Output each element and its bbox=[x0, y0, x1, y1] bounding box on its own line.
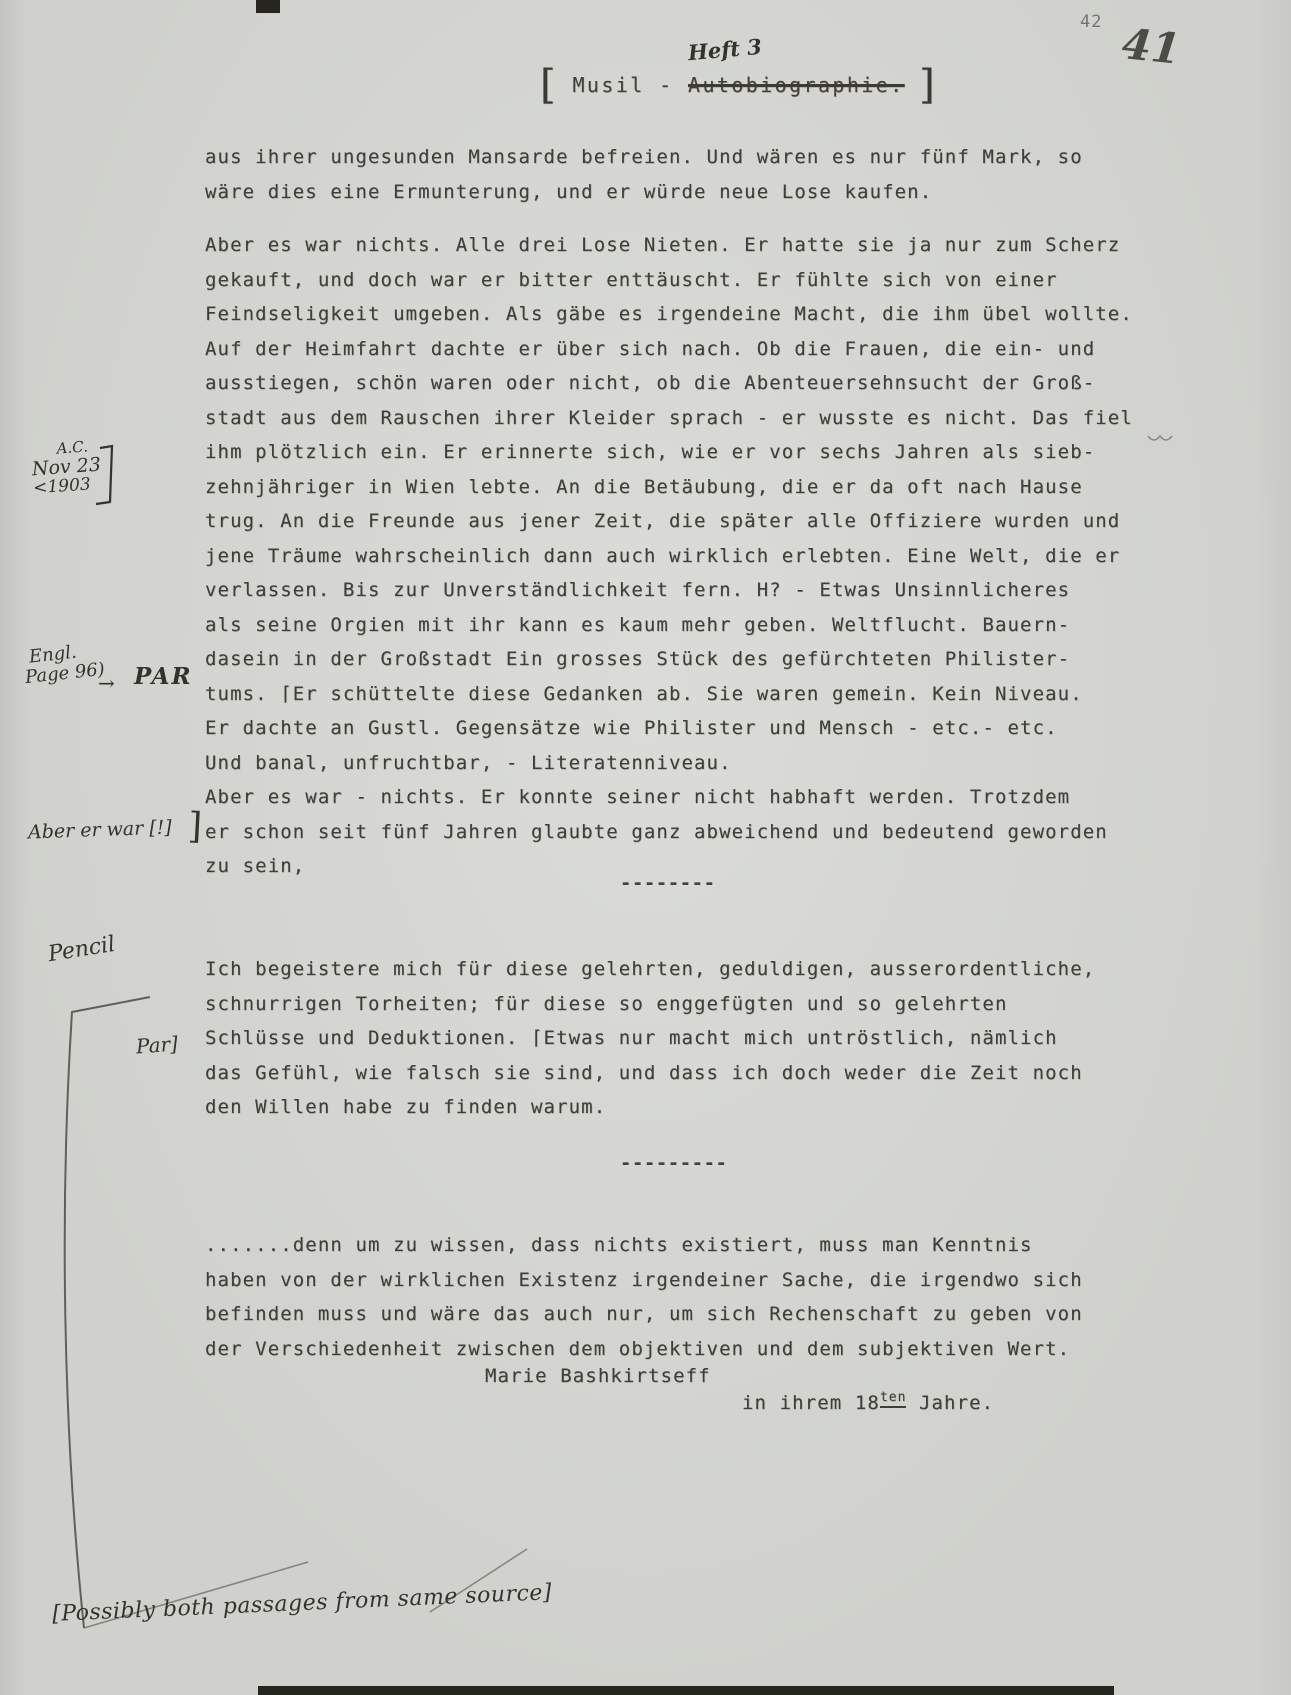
margin-pencil-note: Pencil bbox=[47, 933, 117, 967]
paragraph-1: aus ihrer ungesunden Mansarde befreien. … bbox=[205, 140, 1185, 209]
title-close-bracket: ] bbox=[919, 62, 937, 108]
attribution-age-line: in ihrem 18ten Jahre. bbox=[742, 1390, 994, 1414]
bottom-source-note: [Possibly both passages from same source… bbox=[52, 1581, 553, 1627]
scanned-manuscript-page: 42 41 Heft 3 [ Musil - Autobiographie. ]… bbox=[0, 0, 1291, 1695]
margin-aber-bracket: ] bbox=[187, 806, 203, 848]
attribution-prefix: in ihrem 18 bbox=[742, 1392, 880, 1414]
attribution-superscript: ten bbox=[880, 1390, 906, 1408]
margin-aber-note: Aber er war [!] bbox=[28, 817, 172, 843]
margin-page-ref: Engl. Page 96) bbox=[22, 640, 106, 688]
section-separator-1: -------- bbox=[620, 872, 716, 894]
title-text: Musil - bbox=[572, 73, 688, 97]
heft-insertion: Heft 3 bbox=[687, 35, 763, 64]
paragraph-2: Aber es war nichts. Alle drei Lose Niete… bbox=[205, 228, 1185, 884]
page-number-handwritten: 41 bbox=[1120, 21, 1183, 73]
title-struck-word: Autobiographie. bbox=[688, 73, 905, 97]
margin-date-note: A.C. Nov 23 <1903 bbox=[30, 438, 103, 499]
attribution-suffix: Jahre. bbox=[906, 1392, 994, 1414]
scan-edge-mark-top bbox=[256, 0, 280, 13]
scan-edge-mark-bottom bbox=[258, 1686, 1114, 1695]
margin-date-line3: <1903 bbox=[33, 475, 103, 498]
margin-page-ref-arrow-icon: → bbox=[98, 672, 115, 694]
attribution-name: Marie Bashkirtseff bbox=[485, 1365, 711, 1387]
margin-par-note: Par] bbox=[135, 1033, 178, 1058]
section-separator-2: --------- bbox=[620, 1152, 727, 1174]
title-open-bracket: [ bbox=[540, 62, 558, 108]
margin-par-label: PAR bbox=[134, 664, 193, 689]
paragraph-3: Ich begeistere mich für diese gelehrten,… bbox=[205, 952, 1185, 1125]
page-number-typed: 42 bbox=[1080, 12, 1102, 32]
paragraph-4: .......denn um zu wissen, dass nichts ex… bbox=[205, 1228, 1185, 1366]
page-title: [ Musil - Autobiographie. ] bbox=[540, 62, 937, 108]
